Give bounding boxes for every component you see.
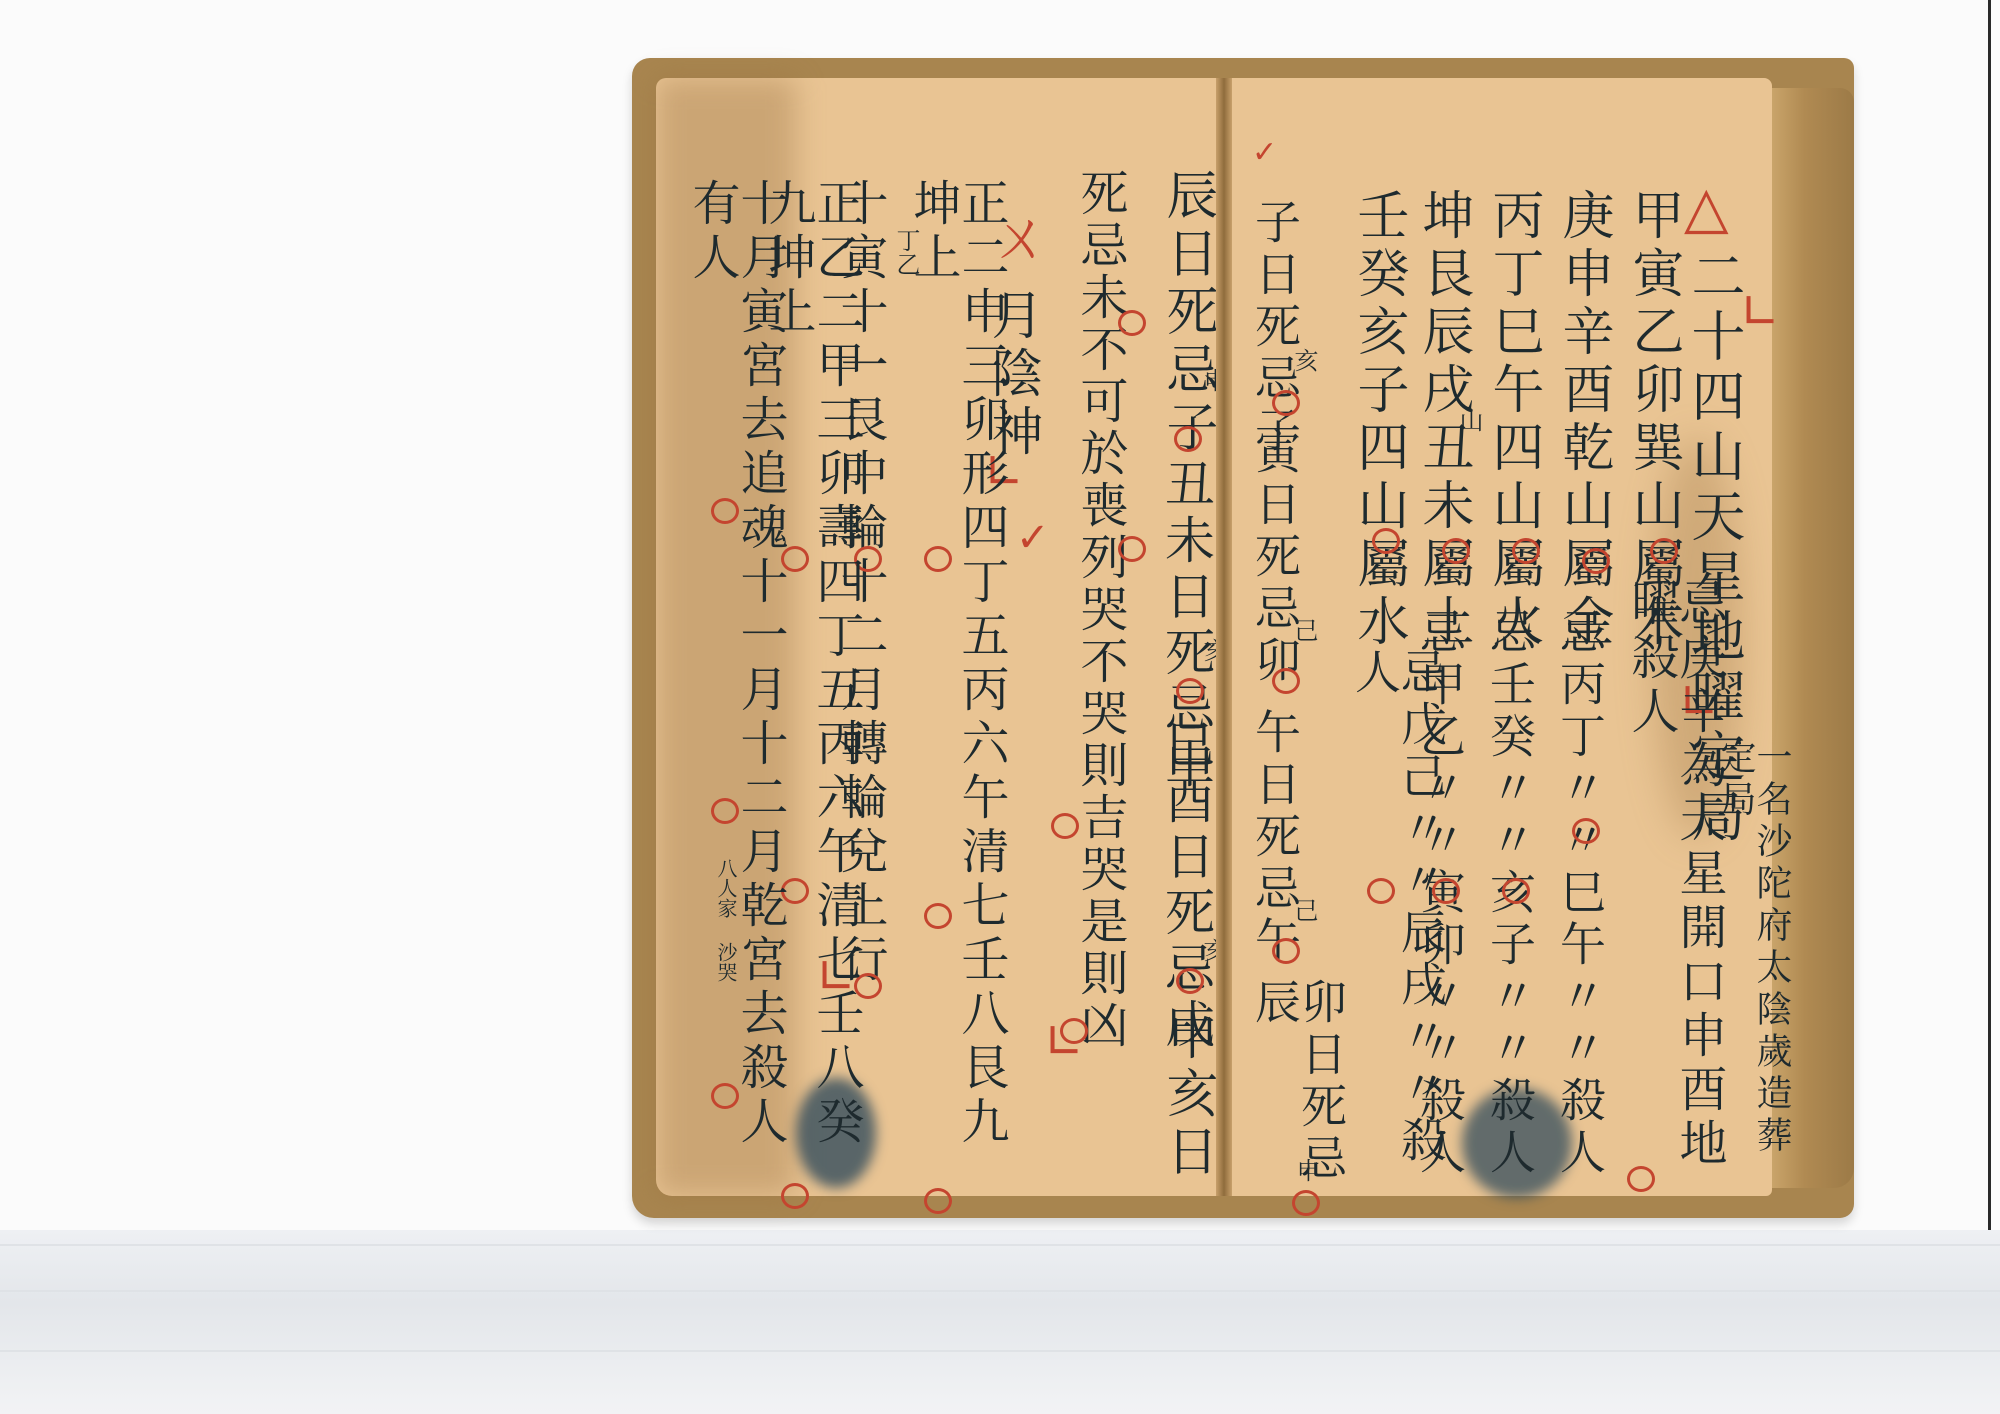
- text-column: 申亥日: [1161, 1008, 1213, 1182]
- red-circle-mark: [1176, 678, 1204, 704]
- book-spine-gutter: [1216, 78, 1232, 1196]
- text-column: 辰日死忌子: [1161, 168, 1213, 458]
- glossy-background: [0, 1230, 2000, 1414]
- red-circle-mark: [1502, 878, 1530, 904]
- annotation-note: 己: [1292, 618, 1316, 642]
- red-circle-mark: [1174, 426, 1202, 452]
- red-circle-mark: [1118, 310, 1146, 336]
- red-circle-mark: [1372, 528, 1400, 554]
- red-check-mark: ∟: [1740, 288, 1780, 336]
- red-circle-mark: [1512, 538, 1540, 564]
- gloss-line: [0, 1244, 2000, 1246]
- right-page: △ 二十四山天星地曜定局 ∟ ∟ 一名沙陀府太陰歲造葬定局 甲寅乙卯巽山屬木 庚…: [1232, 78, 1772, 1196]
- text-column: 庚申辛酉乾山屬金: [1557, 188, 1609, 652]
- red-circle-mark: [711, 498, 739, 524]
- text-column: 死忌未不可於喪列哭不哭則吉哭是則凶: [1076, 168, 1124, 1052]
- red-circle-mark: [1582, 548, 1610, 574]
- red-circle-mark: [1292, 1190, 1320, 1216]
- text-column: 寅日死忌卯: [1252, 428, 1298, 688]
- text-column: 忌戊己〃〃辰戌〃〃殺人: [1352, 648, 1444, 1196]
- text-column: 忌丙丁〃〃巳午〃〃殺人: [1557, 608, 1603, 1180]
- red-circle-mark: [1176, 968, 1204, 994]
- red-circle-mark: [1051, 813, 1079, 839]
- red-circle-mark: [1627, 1166, 1655, 1192]
- text-column: 忌庚辛為天星開口申酉地曜殺人: [1627, 578, 1723, 1196]
- text-column: 壬癸亥子四山屬水: [1352, 188, 1404, 652]
- red-circle-mark: [1650, 538, 1678, 564]
- red-circle-mark: [711, 798, 739, 824]
- red-circle-mark: [924, 546, 952, 572]
- red-circle-mark: [1572, 818, 1600, 844]
- red-circle-mark: [1118, 536, 1146, 562]
- red-circle-mark: [781, 1183, 809, 1209]
- manuscript-book: 辰日死忌子 申 丑未日死忌申 亥 巳酉日死忌戌 亥 申亥日 死忌未不可於喪列哭不…: [632, 58, 1854, 1218]
- red-circle-mark: [711, 1083, 739, 1109]
- page-subtitle: 一名沙陀府太陰歲造葬定局: [1717, 738, 1789, 1196]
- scan-border: [1988, 0, 1991, 1414]
- red-check-mark: ∟: [1044, 1018, 1084, 1066]
- annotation-note: 申: [1294, 1158, 1318, 1182]
- red-check-mark: ✓: [1016, 518, 1050, 558]
- annotation-note: 亥: [1292, 348, 1316, 372]
- red-circle-mark: [924, 1188, 952, 1214]
- left-page: 辰日死忌子 申 丑未日死忌申 亥 巳酉日死忌戌 亥 申亥日 死忌未不可於喪列哭不…: [656, 78, 1216, 1196]
- annotation-note: 己: [1292, 898, 1316, 922]
- text-column: 丙丁巳午四山屬火: [1487, 188, 1539, 652]
- text-column: 正二申三卯形四丁五丙六午清七壬八艮九坤上: [909, 178, 1005, 1196]
- red-circle-mark: [1272, 938, 1300, 964]
- red-check-mark: ✓: [1252, 138, 1277, 168]
- annotation-note: 八人家 沙哭: [716, 858, 736, 982]
- gloss-line: [0, 1290, 2000, 1292]
- text-column: 子日死忌子: [1252, 198, 1298, 458]
- red-circle-mark: [1442, 538, 1470, 564]
- text-column: 十月寅宮去追魂十一月十二月乾宮去殺人有人: [688, 178, 784, 1196]
- gloss-line: [0, 1350, 2000, 1352]
- annotation-note: 山: [1457, 408, 1481, 432]
- red-circle-mark: [1272, 390, 1300, 416]
- red-circle-mark: [1367, 878, 1395, 904]
- text-column: 巳酉日死忌戌: [1161, 718, 1211, 1054]
- annotation-note: 丁乙: [894, 228, 918, 276]
- red-circle-mark: [924, 903, 952, 929]
- text-column: 午日死忌午: [1252, 708, 1298, 968]
- red-circle-mark: [1272, 668, 1300, 694]
- red-section-mark: △: [1684, 178, 1729, 236]
